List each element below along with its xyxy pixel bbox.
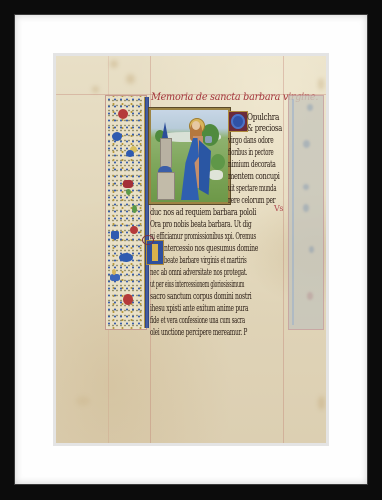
parchment-stain [318,396,325,410]
blue-flower-icon [126,150,134,157]
leaf-icon [132,205,137,213]
historiated-initial-c [228,111,248,132]
text-line: & preciosa [247,124,282,134]
manuscript-page: Memoria de sancta barbara virgine. Opulc… [56,56,326,443]
text-line: floribus in pectore [228,148,273,158]
bleed-through-border [288,95,324,330]
initial-c-letter [231,114,245,129]
text-line: Ora pro nobis beata barbara. Ut dig [150,220,251,230]
head [192,121,200,130]
miniature-saint-barbara [149,108,230,204]
text-line: ut per eius intercessionem gloriosissimu… [150,280,244,290]
text-line: fide et vera confessione una cum sacra [150,316,245,326]
initial-i-letter [152,244,158,261]
parchment-stain [76,396,90,406]
text-line: Opulchra [247,113,279,123]
blue-flower-icon [119,253,133,262]
text-line: nec ab omni adversitate nos protegat. [150,268,247,278]
leaf-icon [126,189,131,195]
decorated-initial-i [146,240,164,265]
saint-barbara-tower [157,122,173,198]
parchment-stain [92,86,99,93]
rubric-versicle: Vs [274,204,283,214]
text-line: beate barbare virginis et martiris [164,256,247,266]
tower-top [160,138,172,168]
blue-bloom-icon [110,274,120,281]
saint-figure [179,118,219,200]
text-line: olei unctione percipere mereamur. P [150,328,247,338]
bleed-spot [303,204,309,212]
text-line: duc nos ad requiem barbara pololi [150,208,256,218]
text-line: uit spectare munda [228,184,276,194]
book [205,136,212,143]
floral-border [105,95,147,330]
text-line: rere celorum per [228,196,275,206]
parchment-stain [110,60,118,68]
text-line: ni efficiamur promissionibus xpi. Oremus [150,232,256,242]
text-line: sacro sanctum corpus domini nostri [150,292,251,302]
tower-spire [162,122,168,138]
text-line: mentem concupi [228,172,280,182]
tower-base [157,172,175,200]
blue-flower-icon [112,132,122,141]
gold-bud-icon [112,269,116,275]
bleed-spot [307,104,313,111]
strawberry-icon [123,294,133,305]
parchment-stain [318,78,324,90]
bleed-spot [303,140,310,148]
blue-flower-icon [111,231,119,239]
bleed-through-bar [292,99,294,325]
ruling-line [283,56,284,443]
text-line: ntercessio nos quesumus domine [164,244,258,254]
red-berry-icon [130,226,138,234]
parchment-stain [126,74,135,84]
strawberry-icon [118,109,128,119]
text-line: nimium decorata [228,160,276,170]
bleed-spot [309,246,314,253]
red-flower-icon [123,180,133,188]
bleed-spot [307,292,313,300]
text-line: virgo dans odore [228,136,273,146]
bleed-spot [303,184,309,190]
text-line: ihesu xpisti ante exitum anime pura [150,304,248,314]
blue-cloak-fold [199,140,211,195]
